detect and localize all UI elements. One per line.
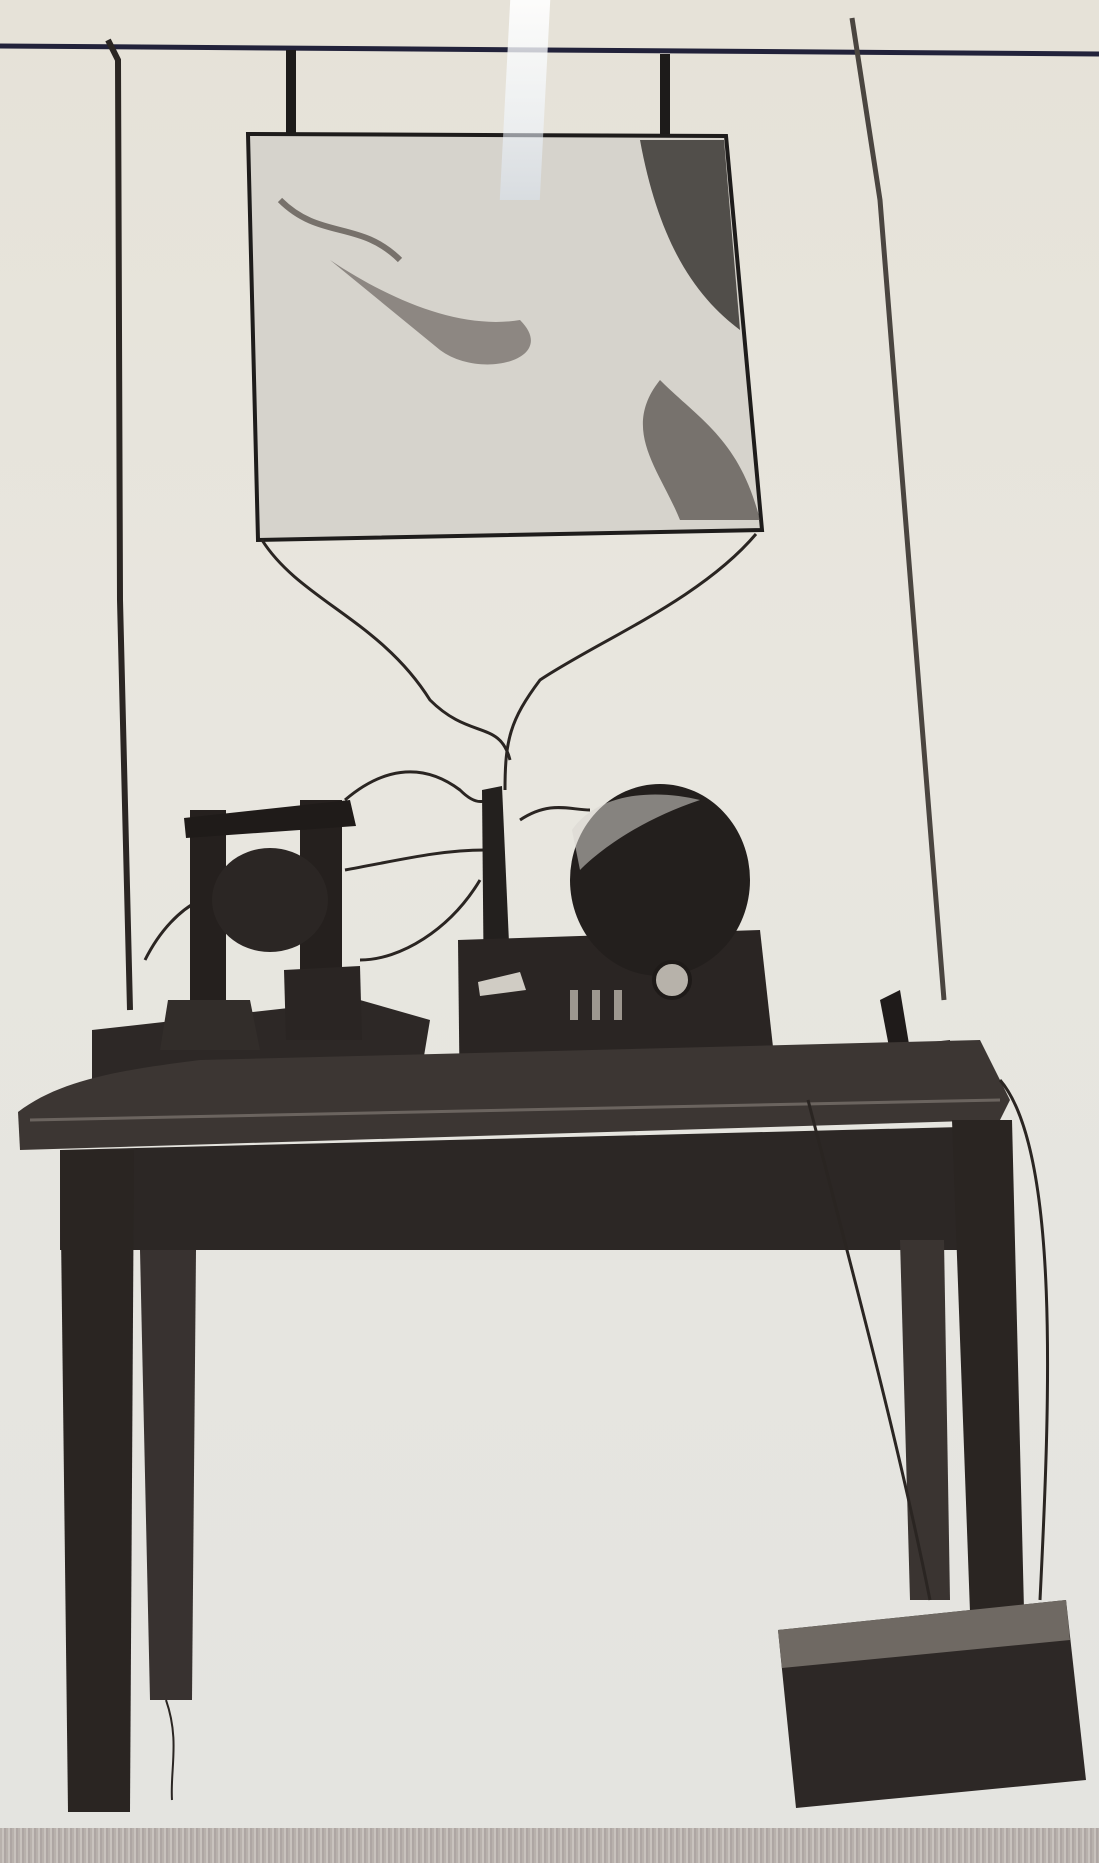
table-leg-back-left: [140, 1250, 196, 1700]
table-leg-back-right: [900, 1240, 950, 1600]
feed-wire-left: [262, 540, 510, 760]
plate-hanger-right: [660, 54, 670, 134]
table-leg-front-left: [60, 1150, 134, 1812]
induction-coil: [92, 800, 430, 1100]
coil-wire-a: [345, 772, 495, 802]
apparatus-drawing: [0, 0, 1099, 1828]
table-leg-front-right: [952, 1120, 1024, 1612]
left-pole: [108, 40, 130, 1010]
battery-box: [778, 1600, 1086, 1808]
spool-wire: [520, 808, 590, 821]
carpet-floor-strip: [0, 1828, 1099, 1863]
coil-wire-b: [345, 850, 485, 870]
overhead-wire: [0, 46, 1099, 54]
plate-hanger-left: [286, 50, 296, 134]
right-pole: [852, 18, 944, 1000]
photograph: [0, 0, 1099, 1828]
feed-wire-right: [505, 534, 756, 790]
